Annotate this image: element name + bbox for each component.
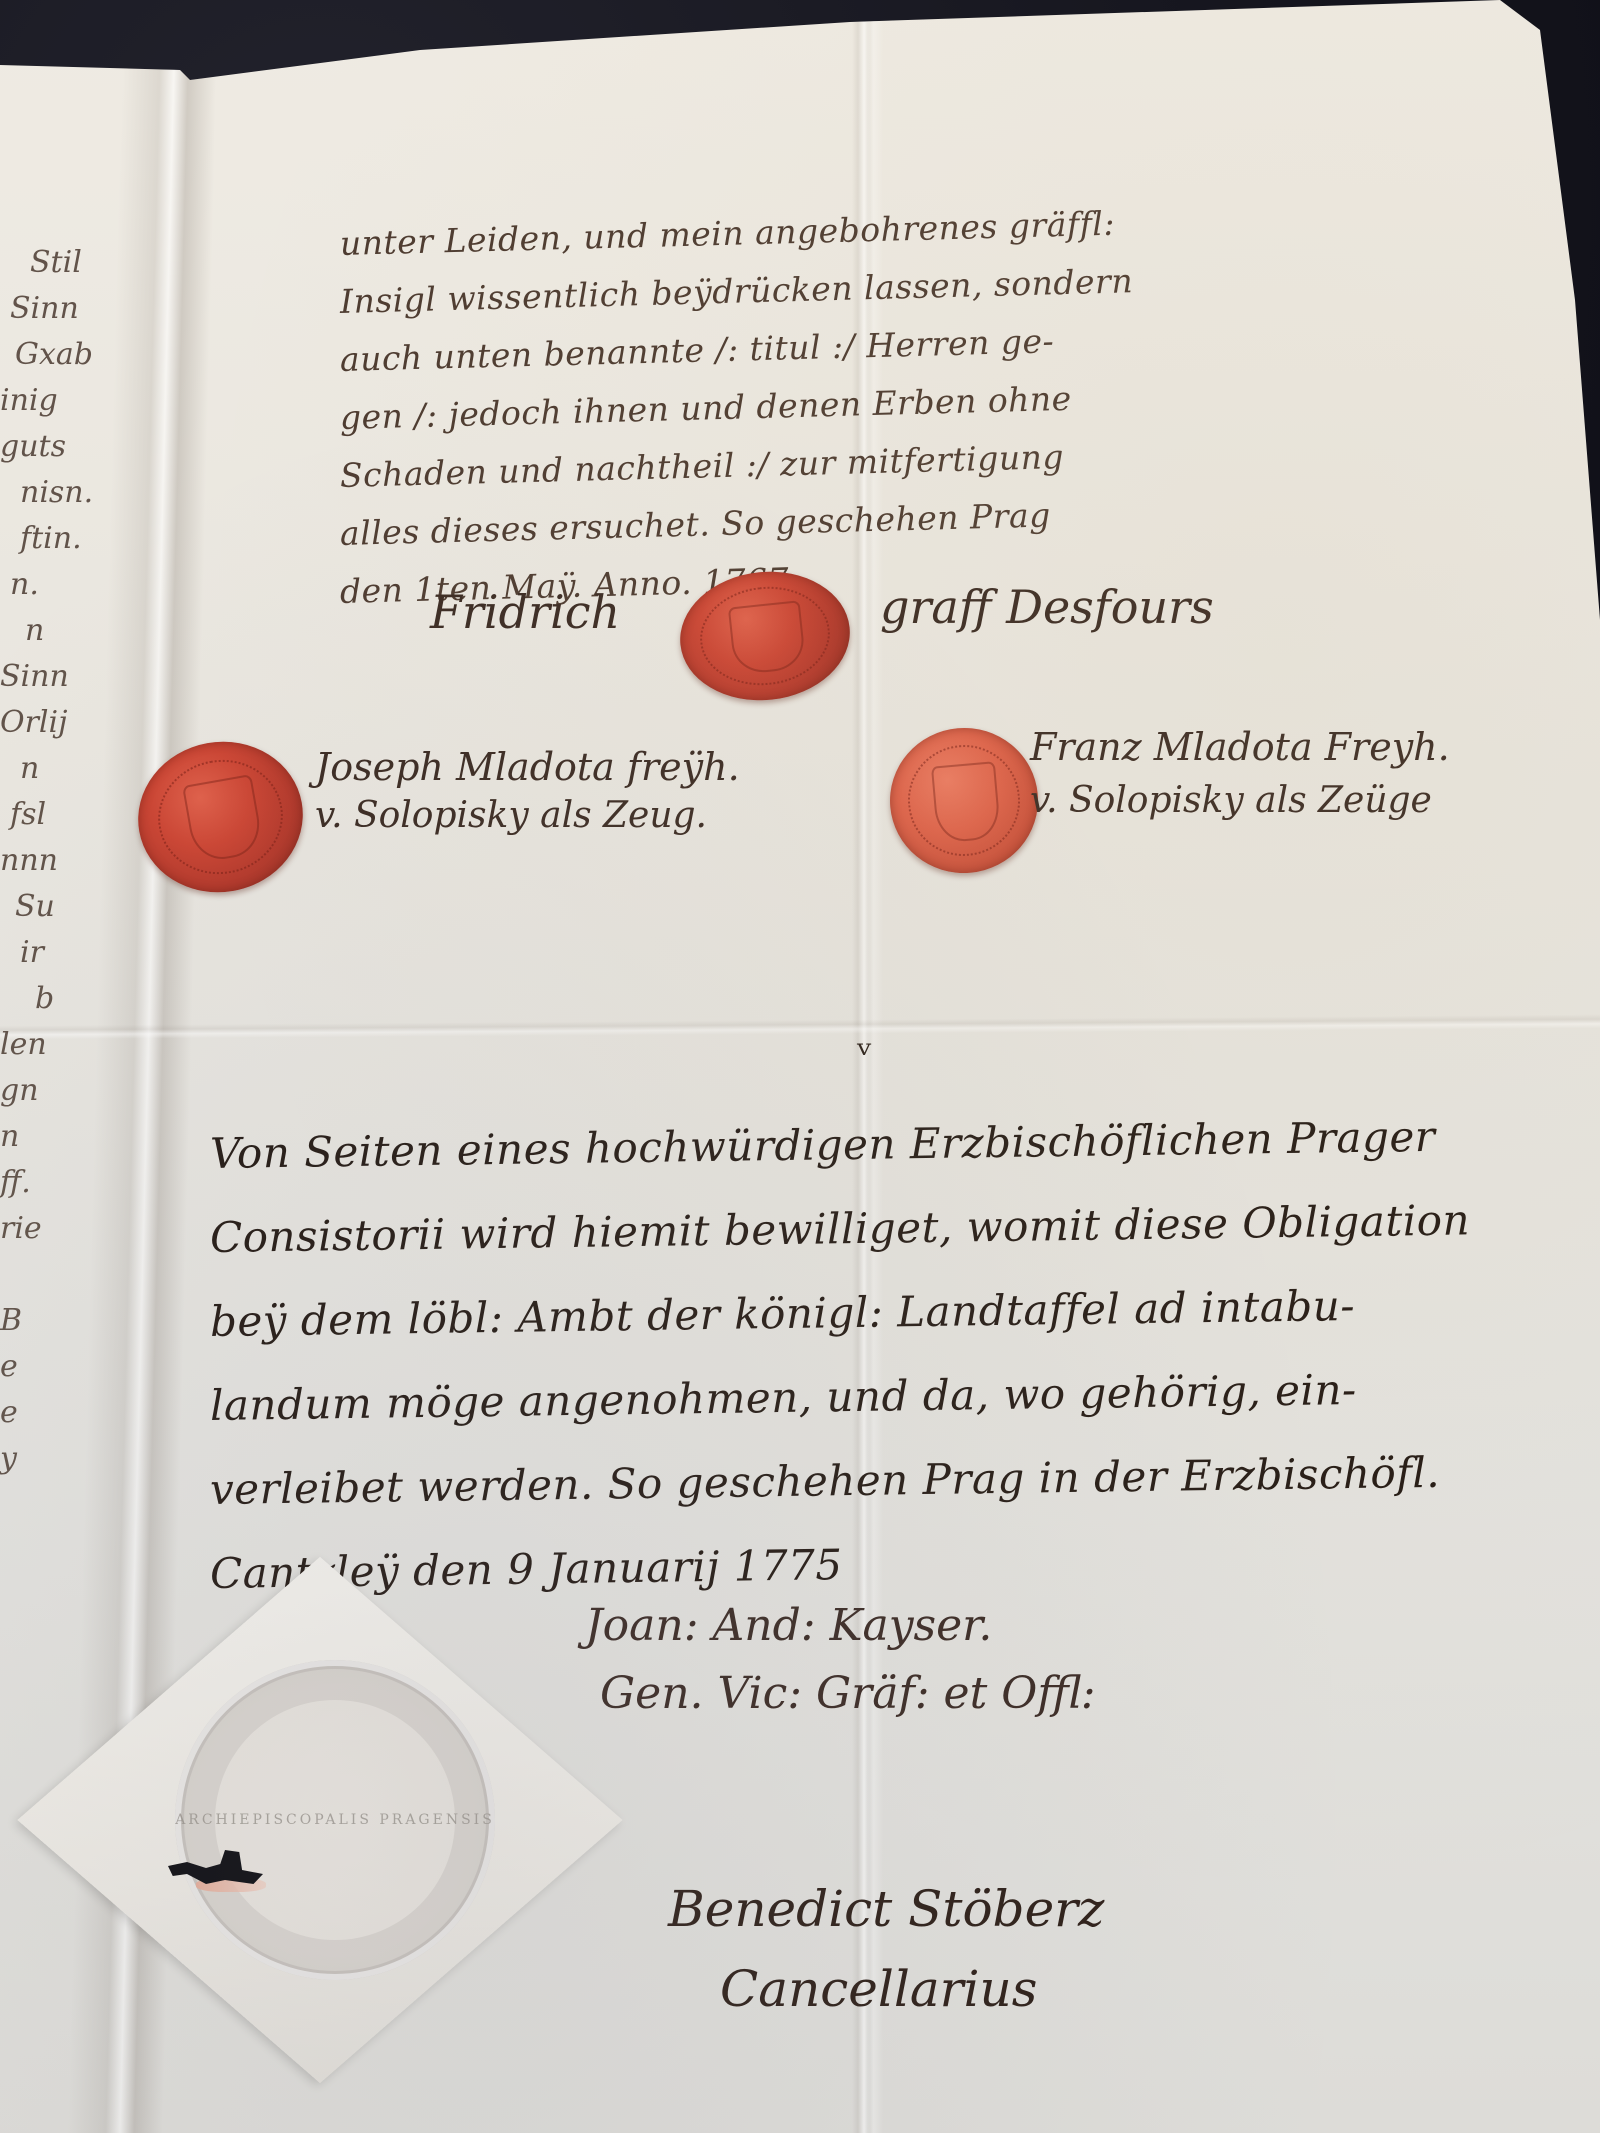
fragment-line: b [0, 976, 110, 1022]
fragment-line: guts [0, 424, 110, 470]
signature-cancellarius: Cancellarius [720, 1960, 1037, 2018]
fragment-line: rie [0, 1206, 110, 1252]
fold-mark-icon: ᵥ [857, 1022, 872, 1062]
signature-benedict-stoberz: Benedict Stöberz [668, 1880, 1104, 1938]
fragment-line: B [0, 1298, 110, 1344]
document-sheet: Stil Sinn Gxab inig guts nisn. ftin. n. … [0, 0, 1600, 2133]
fragment-line: ff. [0, 1160, 110, 1206]
fragment-line: y [0, 1436, 110, 1482]
fragment-line: n [0, 1114, 110, 1160]
red-wax-seal-franz-mladota [884, 722, 1044, 879]
signature-joseph-mladota: Joseph Mladota freÿh. [315, 745, 740, 789]
fragment-line: len [0, 1022, 110, 1068]
fragment-line: Sinn [0, 286, 110, 332]
signature-franz-mladota: Franz Mladota Freyh. [1030, 725, 1450, 769]
fragment-line: Sinn [0, 654, 110, 700]
fragment-line: ir [0, 930, 110, 976]
signature-friedrich: Fridrich [430, 585, 620, 639]
signature-joseph-witness: v. Solopisky als Zeug. [315, 795, 707, 836]
second-section-text: Von Seiten eines hochwürdigen Erzbischöf… [210, 1112, 1470, 1616]
fragment-line: nnn [0, 838, 110, 884]
fragment-line: e [0, 1344, 110, 1390]
fragment-line: n [0, 746, 110, 792]
fragment-line: n [0, 608, 110, 654]
fragment-line: Stil [0, 240, 110, 286]
fragment-line: e [0, 1390, 110, 1436]
signature-franz-witness: v. Solopisky als Zeüge [1030, 780, 1432, 821]
fragment-line: inig [0, 378, 110, 424]
signature-graf-desfours: graff Desfours [880, 580, 1214, 634]
fragment-line: Su [0, 884, 110, 930]
fragment-line: n. [0, 562, 110, 608]
paper-seal-legend: ARCHIEPISCOPALIS PRAGENSIS [175, 1660, 495, 1980]
fragment-line: gn [0, 1068, 110, 1114]
fragment-line: Orlij [0, 700, 110, 746]
first-section-text: unter Leiden, und mein angebohrenes gräf… [340, 215, 1133, 621]
signature-kayser-title: Gen. Vic: Gräf: et Offl: [600, 1668, 1096, 1719]
embossed-paper-seal: ARCHIEPISCOPALIS PRAGENSIS [175, 1660, 495, 1980]
fragment-line: ftin. [0, 516, 110, 562]
fragment-line: nisn. [0, 470, 110, 516]
fragment-line: Gxab [0, 332, 110, 378]
page-fold-horizontal [0, 1014, 1600, 1039]
signature-kayser: Joan: And: Kayser. [585, 1600, 992, 1651]
fragment-line: fsl [0, 792, 110, 838]
previous-page-fragment: Stil Sinn Gxab inig guts nisn. ftin. n. … [0, 240, 110, 1482]
fragment-line [0, 1252, 110, 1298]
